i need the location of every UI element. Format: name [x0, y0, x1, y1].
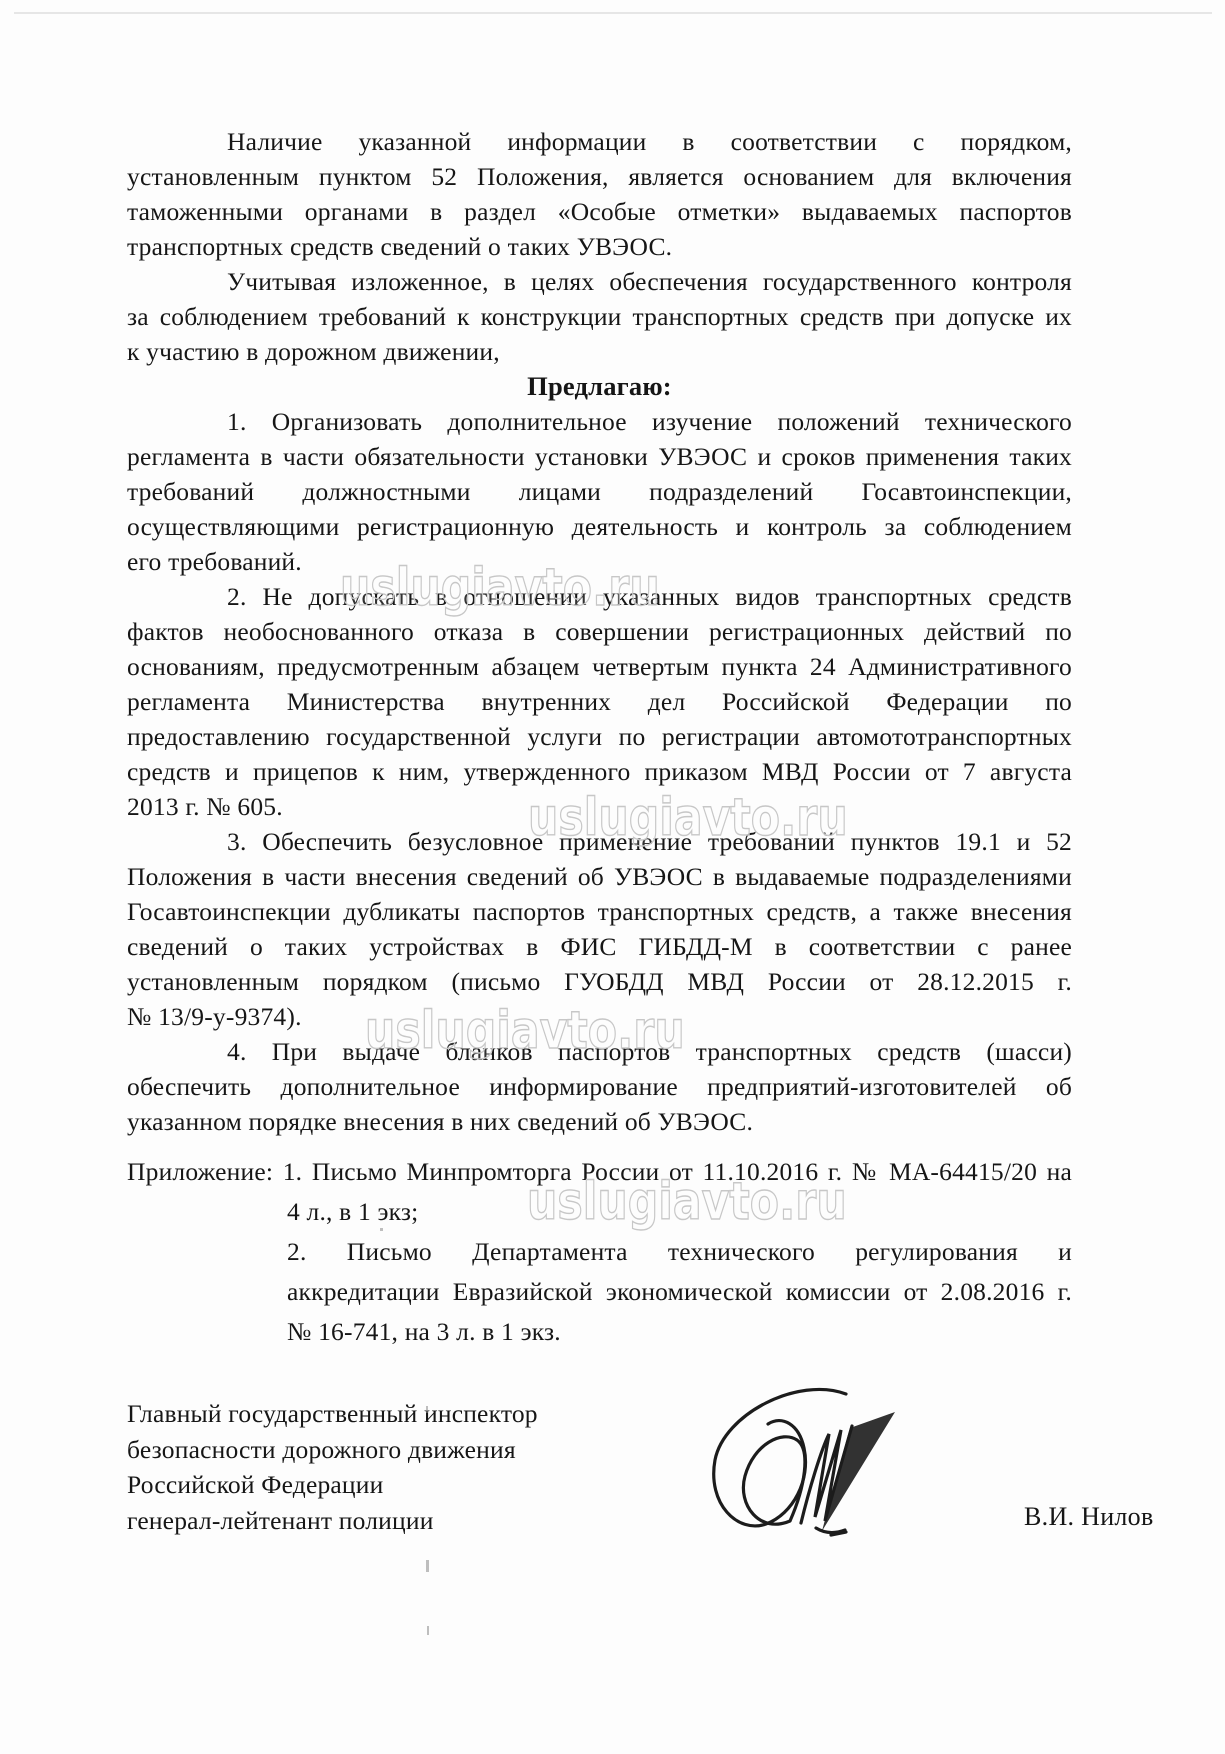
item3-line: сведений о таких устройствах в ФИС ГИБДД… [127, 929, 1072, 964]
attachment-line: 4 л., в 1 экз; [127, 1192, 1072, 1232]
attachment-line: № 16-741, на 3 л. в 1 экз. [127, 1312, 1072, 1352]
item2-line: 2. Не допускать в отношении указанных ви… [127, 579, 1072, 614]
attachment-line: аккредитации Евразийской экономической к… [127, 1272, 1072, 1312]
item3-line: 3. Обеспечить безусловное применение тре… [127, 824, 1072, 859]
attachment-line: 2. Письмо Департамента технического регу… [127, 1232, 1072, 1272]
item1-line: осуществляющими регистрационную деятельн… [127, 509, 1072, 544]
item2-line: средств и прицепов к ним, утвержденного … [127, 754, 1072, 789]
item1-line: регламента в части обязательности устано… [127, 439, 1072, 474]
item3-line: Госавтоинспекции дубликаты паспортов тра… [127, 894, 1072, 929]
proposal-heading: Предлагаю: [127, 369, 1072, 404]
attachment-item1: 1. Письмо Минпромторга России от 11.10.2… [283, 1157, 1072, 1186]
item4-line: указанном порядке внесения в них сведени… [127, 1104, 1072, 1139]
scan-speck [426, 1406, 428, 1413]
attachment-label: Приложение: [127, 1157, 273, 1186]
item2-line: основаниям, предусмотренным абзацем четв… [127, 649, 1072, 684]
signatory-title-line: Главный государственный инспектор [127, 1396, 687, 1432]
attachment-block: Приложение: 1. Письмо Минпромторга Росси… [127, 1152, 1072, 1352]
paragraph1-line: установленным пунктом 52 Положения, явля… [127, 159, 1072, 194]
scan-speck [380, 1228, 383, 1231]
paragraph2-line: Учитывая изложенное, в целях обеспечения… [127, 264, 1072, 299]
scan-edge-line [14, 12, 1212, 14]
item2-line: предоставлению государственной услуги по… [127, 719, 1072, 754]
item3-line: № 13/9-у-9374). [127, 999, 1072, 1034]
item1-line: 1. Организовать дополнительное изучение … [127, 404, 1072, 439]
signatory-title-block: Главный государственный инспектор безопа… [127, 1396, 687, 1538]
handwritten-signature [698, 1384, 913, 1539]
item2-line: регламента Министерства внутренних дел Р… [127, 684, 1072, 719]
letter-body: Наличие указанной информации в соответст… [127, 124, 1072, 1139]
paragraph1-line: Наличие указанной информации в соответст… [127, 124, 1072, 159]
item3-line: Положения в части внесения сведений об У… [127, 859, 1072, 894]
item2-line: фактов необоснованного отказа в совершен… [127, 614, 1072, 649]
signatory-title-line: безопасности дорожного движения [127, 1432, 687, 1468]
item2-line: 2013 г. № 605. [127, 789, 1072, 824]
scan-speck [426, 1560, 429, 1572]
item1-line: требований должностными лицами подраздел… [127, 474, 1072, 509]
signatory-title-line: Российской Федерации [127, 1467, 687, 1503]
item4-line: 4. При выдаче бланков паспортов транспор… [127, 1034, 1072, 1069]
paragraph2-line: за соблюдением требований к конструкции … [127, 299, 1072, 334]
scanned-letter-page: Наличие указанной информации в соответст… [0, 0, 1225, 1754]
paragraph2-line: к участию в дорожном движении, [127, 334, 1072, 369]
item1-line: его требований. [127, 544, 1072, 579]
signatory-name: В.И. Нилов [1024, 1502, 1154, 1532]
item3-line: установленным порядком (письмо ГУОБДД МВ… [127, 964, 1072, 999]
signatory-title-line: генерал-лейтенант полиции [127, 1503, 687, 1539]
paragraph1-line: транспортных средств сведений о таких УВ… [127, 229, 1072, 264]
item4-line: обеспечить дополнительное информирование… [127, 1069, 1072, 1104]
scan-speck [427, 1626, 429, 1635]
attachment-first-line: Приложение: 1. Письмо Минпромторга Росси… [127, 1152, 1072, 1192]
paragraph1-line: таможенными органами в раздел «Особые от… [127, 194, 1072, 229]
